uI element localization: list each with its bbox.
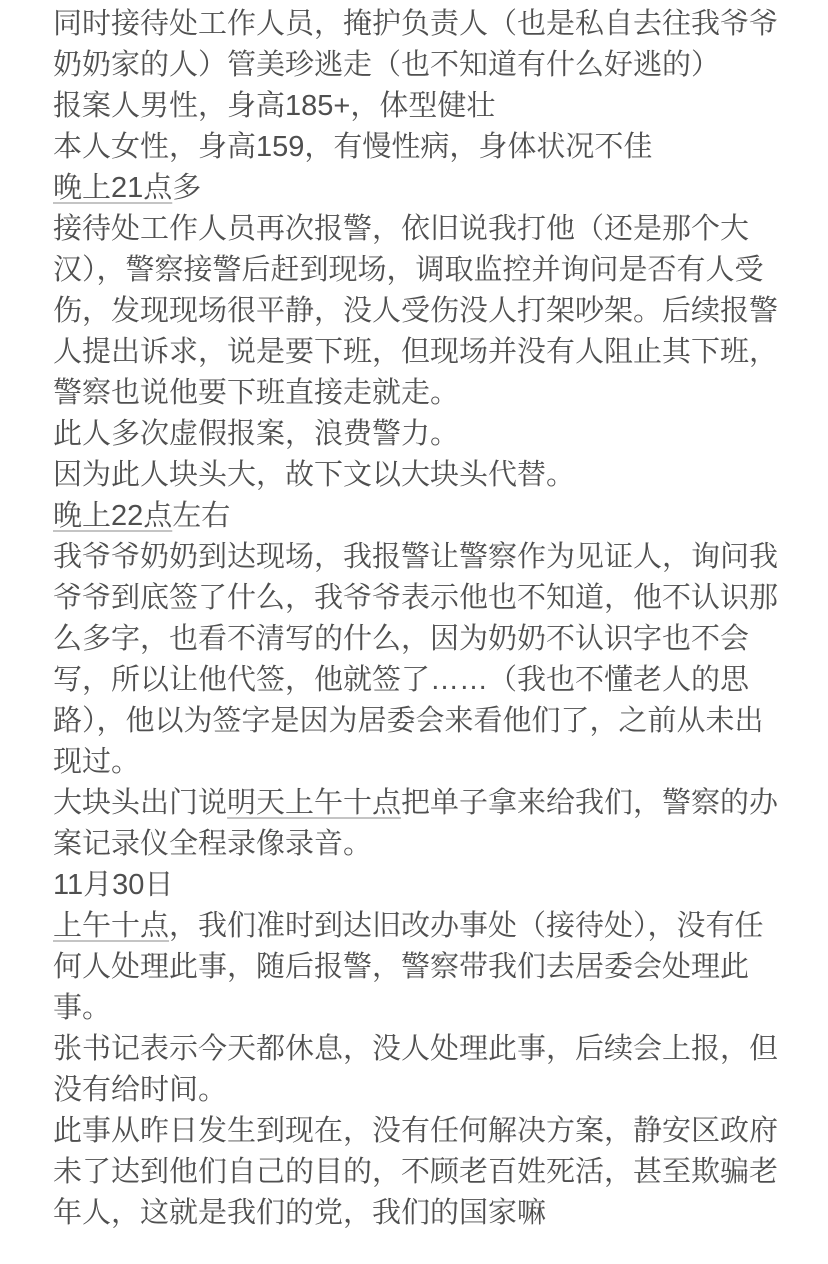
text-line: 何人处理此事，随后报警，警察带我们去居委会处理此: [53, 947, 778, 988]
text-line: 11月30日: [53, 865, 778, 906]
text-line: 此人多次虚假报案，浪费警力。: [53, 414, 778, 455]
text-segment: 人提出诉求，说是要下班，但现场并没有人阻止其下班，: [53, 336, 778, 368]
text-line: 爷爷到底签了什么，我爷爷表示他也不知道，他不认识那: [53, 578, 778, 619]
text-segment: 未了达到他们自己的目的，不顾老百姓死活，甚至欺骗老: [53, 1156, 778, 1188]
text-segment: 警察也说他要下班直接走就走。: [53, 377, 459, 409]
text-line: 张书记表示今天都休息，没人处理此事，后续会上报，但: [53, 1029, 778, 1070]
text-segment: 同时接待处工作人员，掩护负责人（也是私自去往我爷爷: [53, 8, 778, 40]
text-segment: 多: [172, 172, 201, 204]
text-segment: 事。: [53, 992, 111, 1024]
text-segment: 何人处理此事，随后报警，警察带我们去居委会处理此: [53, 951, 749, 983]
text-segment: 现过。: [53, 746, 140, 778]
underlined-text-segment: 明天上午十点: [227, 787, 401, 819]
text-segment: 汉），警察接警后赶到现场，调取监控并询问是否有人受: [53, 254, 764, 286]
text-line: 晚上21点多: [53, 168, 778, 209]
text-line: 现过。: [53, 742, 778, 783]
text-line: 我爷爷奶奶到达现场，我报警让警察作为见证人，询问我: [53, 537, 778, 578]
text-line: 年人，这就是我们的党，我们的国家嘛: [53, 1193, 778, 1234]
text-segment: 没有给时间。: [53, 1074, 227, 1106]
text-line: 因为此人块头大，故下文以大块头代替。: [53, 455, 778, 496]
underlined-text-segment: 上午十点: [53, 910, 169, 942]
text-line: 上午十点，我们准时到达旧改办事处（接待处），没有任: [53, 906, 778, 947]
text-segment: 因为此人块头大，故下文以大块头代替。: [53, 459, 575, 491]
text-line: 写，所以让他代签，他就签了……（我也不懂老人的思: [53, 660, 778, 701]
text-line: 路），他以为签字是因为居委会来看他们了，之前从未出: [53, 701, 778, 742]
text-line: 伤，发现现场很平静，没人受伤没人打架吵架。后续报警: [53, 291, 778, 332]
text-line: 没有给时间。: [53, 1070, 778, 1111]
text-segment: 么多字，也看不清写的什么，因为奶奶不认识字也不会: [53, 623, 749, 655]
text-segment: 写，所以让他代签，他就签了……（我也不懂老人的思: [53, 664, 749, 696]
text-segment: 本人女性，身高159，有慢性病，身体状况不佳: [53, 131, 652, 163]
text-segment: 路），他以为签字是因为居委会来看他们了，之前从未出: [53, 705, 764, 737]
text-segment: 此事从昨日发生到现在，没有任何解决方案，静安区政府: [53, 1115, 778, 1147]
text-line: 人提出诉求，说是要下班，但现场并没有人阻止其下班，: [53, 332, 778, 373]
text-segment: ，我们准时到达旧改办事处（接待处），没有任: [169, 910, 764, 942]
text-segment: 我爷爷奶奶到达现场，我报警让警察作为见证人，询问我: [53, 541, 778, 573]
text-segment: 接待处工作人员再次报警，依旧说我打他（还是那个大: [53, 213, 749, 245]
text-line: 奶奶家的人）管美珍逃走（也不知道有什么好逃的）: [53, 45, 778, 86]
text-segment: 此人多次虚假报案，浪费警力。: [53, 418, 459, 450]
text-segment: 伤，发现现场很平静，没人受伤没人打架吵架。后续报警: [53, 295, 778, 327]
text-segment: 报案人男性，身高185+，体型健壮: [53, 90, 495, 122]
text-line: 汉），警察接警后赶到现场，调取监控并询问是否有人受: [53, 250, 778, 291]
text-line: 未了达到他们自己的目的，不顾老百姓死活，甚至欺骗老: [53, 1152, 778, 1193]
text-line: 报案人男性，身高185+，体型健壮: [53, 86, 778, 127]
text-line: 同时接待处工作人员，掩护负责人（也是私自去往我爷爷: [53, 4, 778, 45]
text-segment: 案记录仪全程录像录音。: [53, 828, 372, 860]
text-line: 警察也说他要下班直接走就走。: [53, 373, 778, 414]
text-segment: 爷爷到底签了什么，我爷爷表示他也不知道，他不认识那: [53, 582, 778, 614]
text-segment: 张书记表示今天都休息，没人处理此事，后续会上报，但: [53, 1033, 778, 1065]
text-line: 么多字，也看不清写的什么，因为奶奶不认识字也不会: [53, 619, 778, 660]
text-segment: 大块头出门说: [53, 787, 227, 819]
text-line: 本人女性，身高159，有慢性病，身体状况不佳: [53, 127, 778, 168]
text-document: 同时接待处工作人员，掩护负责人（也是私自去往我爷爷奶奶家的人）管美珍逃走（也不知…: [0, 0, 828, 1234]
text-segment: 把单子拿来给我们，警察的办: [401, 787, 778, 819]
text-segment: 左右: [172, 500, 230, 532]
text-segment: 奶奶家的人）管美珍逃走（也不知道有什么好逃的）: [53, 49, 720, 81]
text-line: 事。: [53, 988, 778, 1029]
text-line: 晚上22点左右: [53, 496, 778, 537]
text-line: 接待处工作人员再次报警，依旧说我打他（还是那个大: [53, 209, 778, 250]
underlined-text-segment: 晚上22点: [53, 500, 172, 532]
text-line: 案记录仪全程录像录音。: [53, 824, 778, 865]
underlined-text-segment: 晚上21点: [53, 172, 172, 204]
text-line: 大块头出门说明天上午十点把单子拿来给我们，警察的办: [53, 783, 778, 824]
text-segment: 11月30日: [53, 869, 173, 901]
text-line: 此事从昨日发生到现在，没有任何解决方案，静安区政府: [53, 1111, 778, 1152]
text-segment: 年人，这就是我们的党，我们的国家嘛: [53, 1197, 546, 1229]
